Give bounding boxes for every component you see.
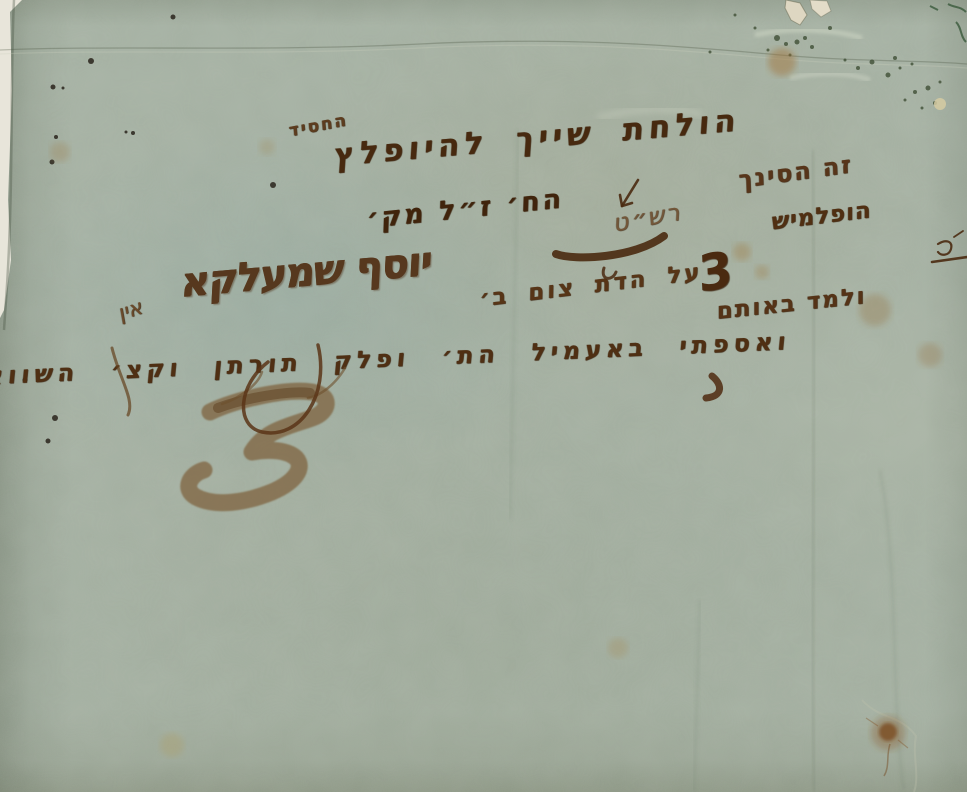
- handwriting-line-1-main: הולחת שייך להיופלץ: [333, 102, 742, 174]
- handwriting-line-1-right: זה הסינך: [738, 150, 853, 194]
- handwriting-block: הולחת שייך להיופלץ זה הסינך החסיד הופלמי…: [0, 0, 967, 792]
- manuscript-scan-page: הולחת שייך להיופלץ זה הסינך החסיד הופלמי…: [0, 0, 967, 792]
- handwriting-name-scrawl: יוסף שמעלקא: [179, 238, 432, 306]
- handwriting-line-3-left: אין: [117, 294, 144, 325]
- handwriting-line-3-mid: על הדת צום ב׳: [479, 259, 702, 313]
- handwriting-line-4: ואספתי באעמיל הת׳ ופלק תורתן וקצ׳ השוואר…: [0, 327, 792, 392]
- handwriting-line-3-right: ולמד באותם: [716, 283, 866, 325]
- handwriting-line-2-bold: הח׳ ז״ל מק׳: [366, 183, 565, 235]
- handwriting-line-2-mid: רש״ט: [614, 197, 684, 238]
- handwriting-line-2-right: הופלמיש: [772, 197, 872, 235]
- ink-digit-3: 3: [697, 240, 734, 304]
